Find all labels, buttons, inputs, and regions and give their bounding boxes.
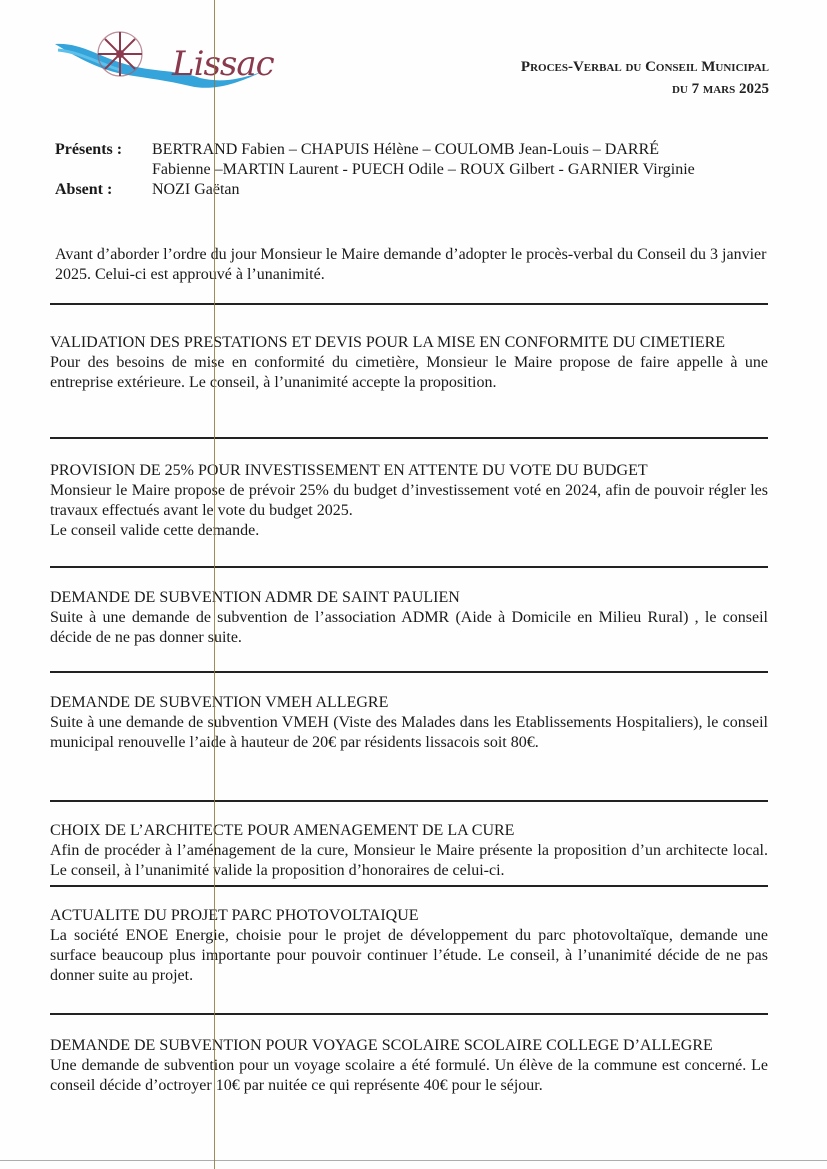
section-body: La société ENOE Energie, choisie pour le… [50,926,768,986]
document-title: Proces-Verbal du Conseil Municipal du 7 … [521,56,769,100]
section-body: Une demande de subvention pour un voyage… [50,1056,768,1096]
section-subvention-admr: DEMANDE DE SUBVENTION ADMR DE SAINT PAUL… [50,588,768,648]
section-title: PROVISION DE 25% POUR INVESTISSEMENT EN … [50,461,768,481]
section-title: VALIDATION DES PRESTATIONS ET DEVIS POUR… [50,333,768,353]
section-title: CHOIX DE L’ARCHITECTE POUR AMENAGEMENT D… [50,821,768,841]
section-body: Pour des besoins de mise en conformité d… [50,353,768,393]
title-line-2: du 7 mars 2025 [521,78,769,100]
section-body: Afin de procéder à l’aménagement de la c… [50,841,768,881]
logo-text: Lissac [172,44,274,84]
section-body: Suite à une demande de subvention VMEH (… [50,713,768,753]
section-photovoltaique: ACTUALITE DU PROJET PARC PHOTOVOLTAIQUE … [50,906,768,986]
section-subvention-vmeh: DEMANDE DE SUBVENTION VMEH ALLEGRE Suite… [50,693,768,753]
divider [50,800,768,802]
section-body-conclusion: Le conseil valide cette demande. [50,521,768,541]
present-list-line-1: BERTRAND Fabien – CHAPUIS Hélène – COULO… [152,140,775,160]
absent-list: NOZI Gaëtan [152,180,775,200]
section-body: Suite à une demande de subvention de l’a… [50,608,768,648]
scan-artifact-line [214,0,215,1169]
page-bottom-edge [0,1160,827,1161]
section-title: DEMANDE DE SUBVENTION VMEH ALLEGRE [50,693,768,713]
section-voyage-scolaire: DEMANDE DE SUBVENTION POUR VOYAGE SCOLAI… [50,1036,768,1096]
divider [50,437,768,439]
divider [50,1013,768,1015]
section-architecte-cure: CHOIX DE L’ARCHITECTE POUR AMENAGEMENT D… [50,821,768,881]
section-cimetiere: VALIDATION DES PRESTATIONS ET DEVIS POUR… [50,333,768,393]
section-body: Monsieur le Maire propose de prévoir 25%… [50,481,768,521]
section-provision-budget: PROVISION DE 25% POUR INVESTISSEMENT EN … [50,461,768,541]
section-title: DEMANDE DE SUBVENTION POUR VOYAGE SCOLAI… [50,1036,768,1056]
present-list-line-2: Fabienne –MARTIN Laurent - PUECH Odile –… [152,160,775,180]
divider [50,303,768,305]
divider [50,885,768,887]
attendance-block: Présents : BERTRAND Fabien – CHAPUIS Hél… [55,140,775,200]
section-title: DEMANDE DE SUBVENTION ADMR DE SAINT PAUL… [50,588,768,608]
document-page: Lissac Proces-Verbal du Conseil Municipa… [0,0,827,1169]
intro-paragraph: Avant d’aborder l’ordre du jour Monsieur… [55,245,770,285]
lissac-logo: Lissac [50,22,270,102]
section-title: ACTUALITE DU PROJET PARC PHOTOVOLTAIQUE [50,906,768,926]
divider [50,671,768,673]
title-line-1: Proces-Verbal du Conseil Municipal [521,56,769,78]
absent-label: Absent : [55,180,152,200]
divider [50,566,768,568]
present-label: Présents : [55,140,152,160]
